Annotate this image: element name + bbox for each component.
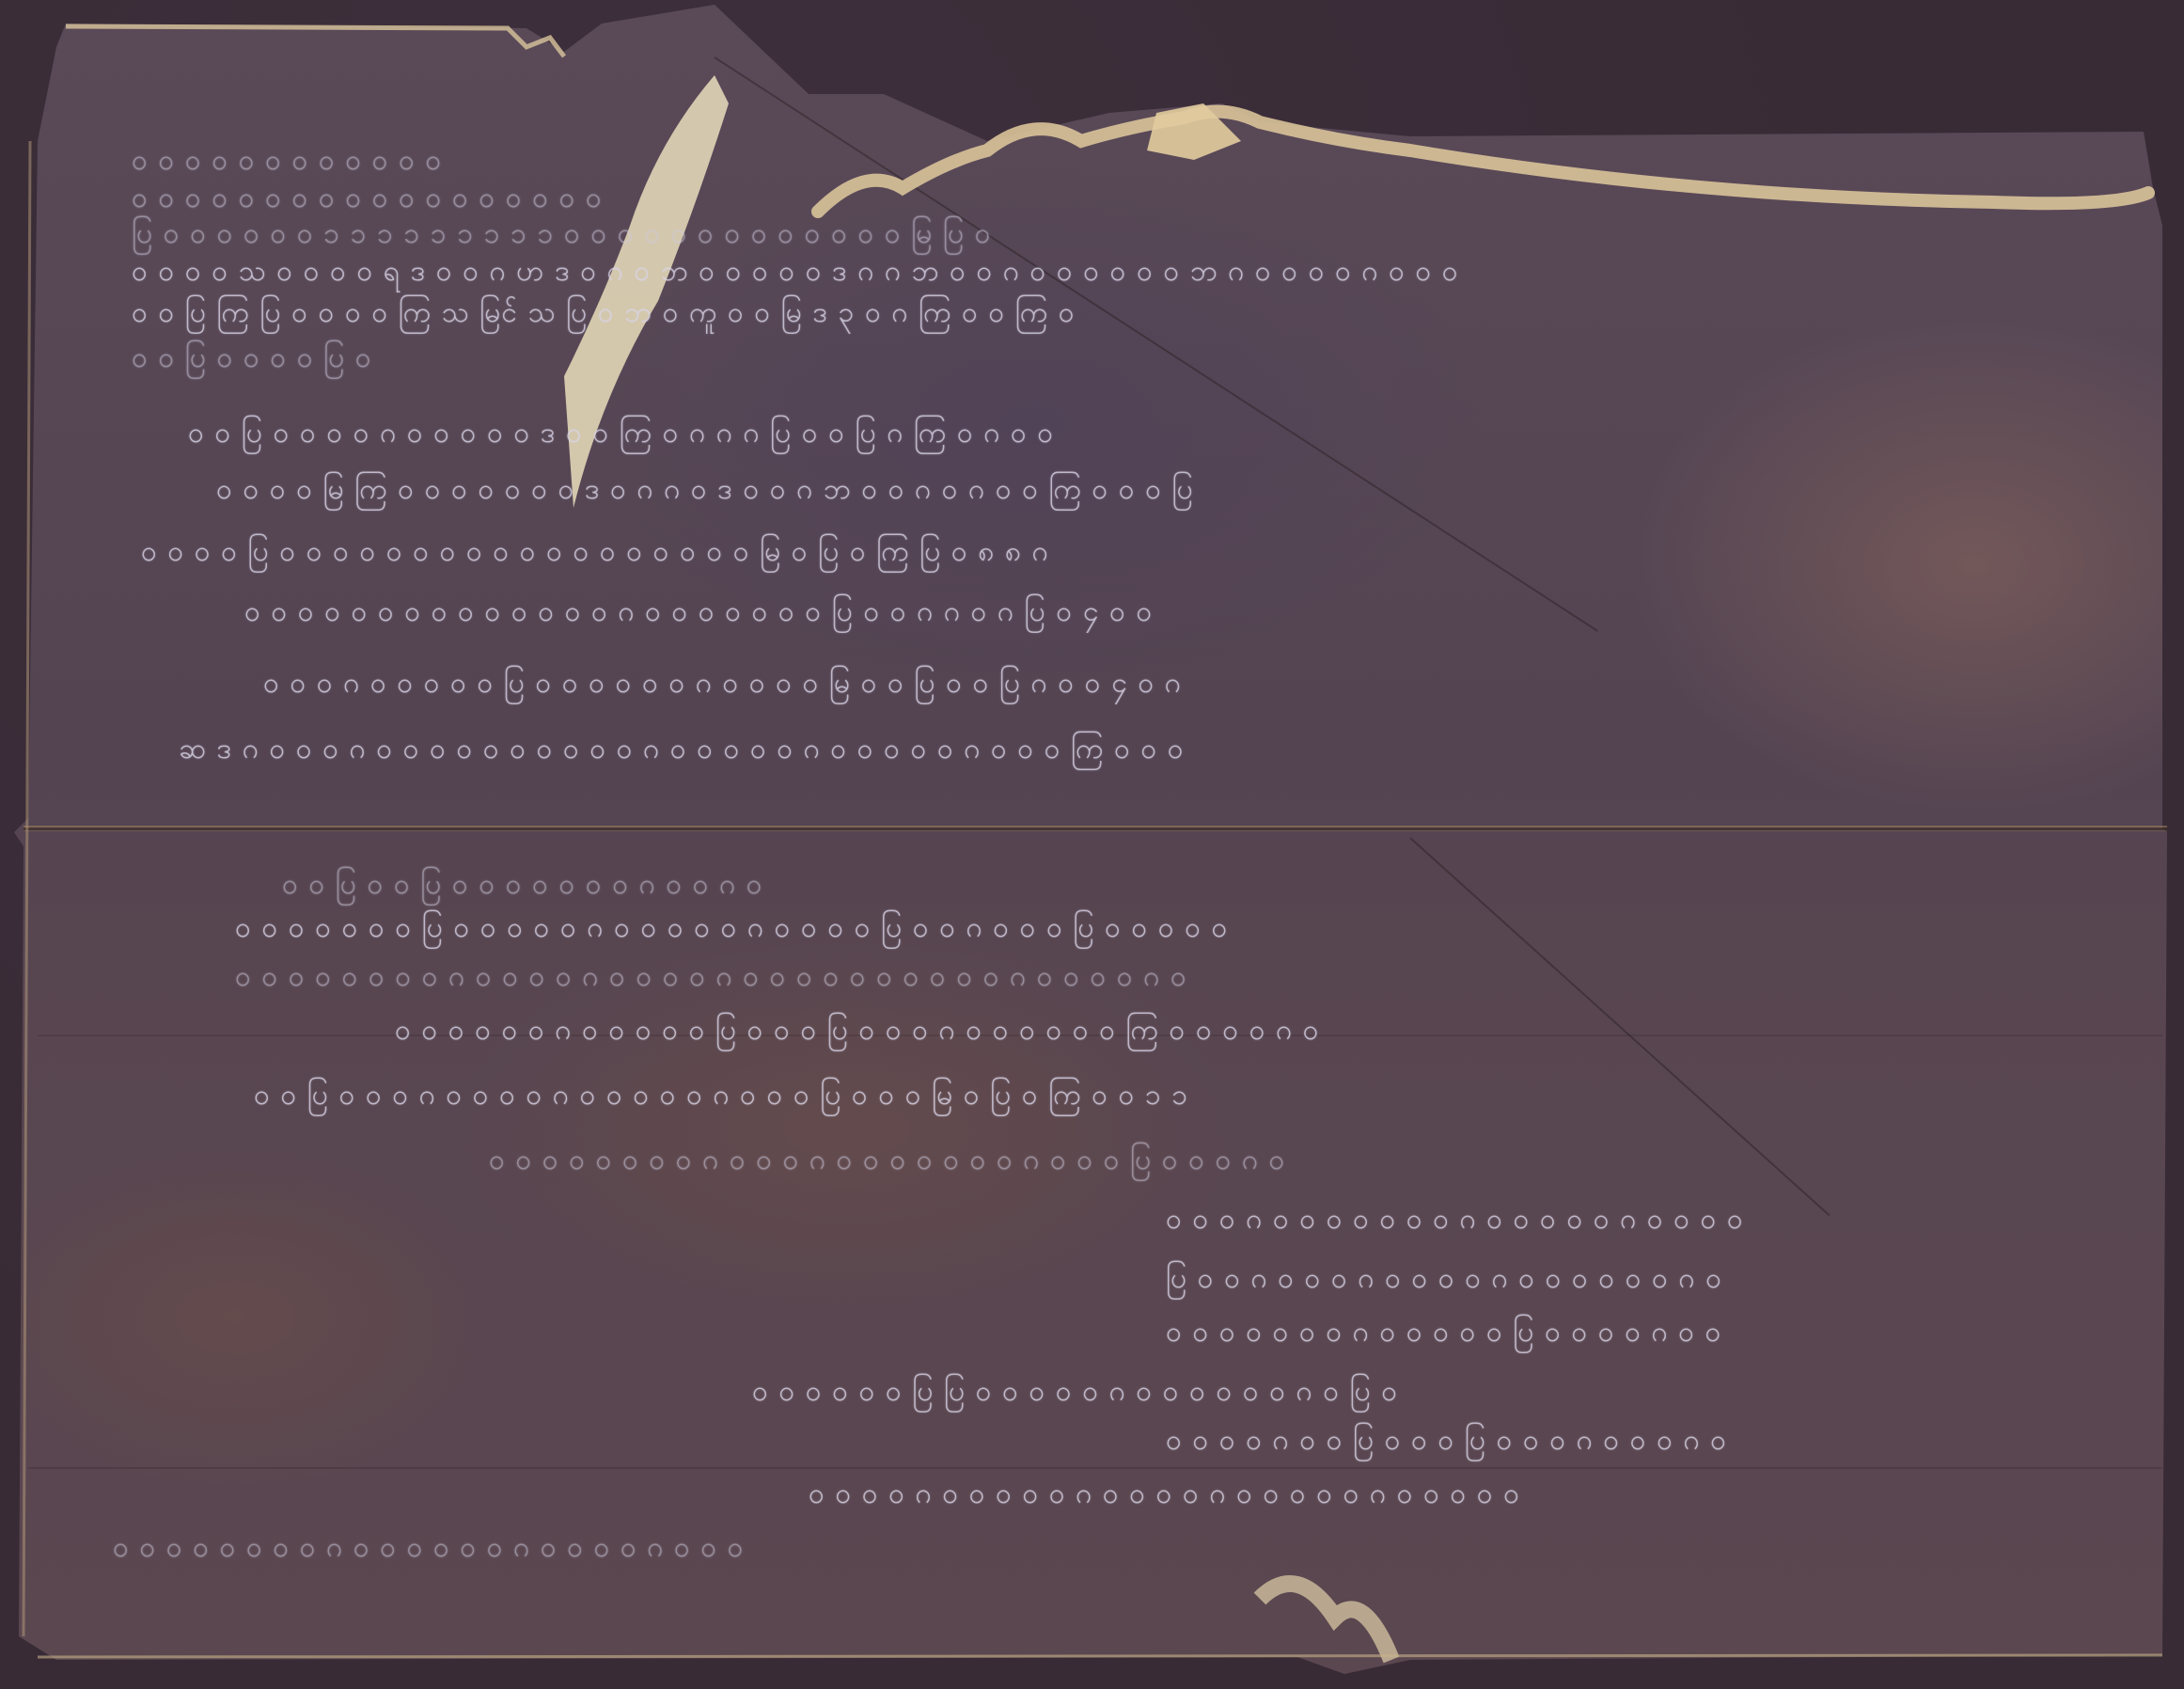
script-line: ဝ ဝ ဝ ဝ ဝ ဝ ဝ ဝ ဂ ဝ ဝ ဝ ဝ ဂ ဝ ဝ ဝ ဝ ဂ ဝ … <box>235 957 1187 1000</box>
script-line: ပြ ၀ ၀ ၀ ၀ ၀ ၀ ၁ ၁ ၁ ၁ ၁ ၁ ၁ ၁ ၁ ၀ ၀ ၀ ၀… <box>132 214 991 257</box>
left-edge <box>24 141 30 1636</box>
script-line: ဆ ဒ ဂ ဝ ဝ ဝ ဂ ဝ ဝ ဝ ဝ ဝ ဝ ဝ ဝ ဝ ဝ ဂ ဝ ဝ … <box>179 730 1185 772</box>
script-line: ဝ ဝ ဝ ဝ ဝ ဝ ပြ ပြ ဝ ဝ ဝ ဝ ဝ ဂ ဝ ဝ ဝ ဝ ဝ … <box>752 1372 1398 1414</box>
script-line: ဝ ဝ ဝ ဝ မြ ကြ ၀ ဝ ဝ ဝ ဝ ဝ ဝ ဒ ဝ ဂ ဂ ဝ ဒ … <box>216 470 1194 513</box>
script-line: ဝ ဝ ဝ ဂ ဝ ဝ ဝ ဝ ဝ ဝ ဝ ဂ ဝ ဝ ဝ ဝ ဝ ဂ ဝ ဝ … <box>1166 1200 1744 1242</box>
script-line: ဝ ၀ ပြ ၀ ၀ ဝ ဝ ဂ ၀ ၀ ၀ ဝ ဝ ဒ ၀ ဝ ကြ ဝ ဂ … <box>188 414 1054 456</box>
script-line: ဝ ဝ ဝ ဝ ဝ ဝ ဝ ဂ ဝ ဝ ဝ ဝ ဝ ပြ ဝ ဝ ဝ ဝ ဂ ဝ… <box>1166 1313 1721 1355</box>
script-line: ဝ ဝ ဝ ဝ ဝ ဝ ဂ ဝ ဝ ဝ ဝ ဝ ပြ ဝ ဝ ဝ ပြ ဝ ဝ … <box>395 1011 1319 1053</box>
script-line: ဝ ဝ ဝ ဝ ဂ ဝ ဝ ပြ ဝ ဝ ဝ ပြ ဝ ဝ ဝ ဂ ဝ ဝ ဝ … <box>1166 1421 1727 1463</box>
script-line: ဝ ဝ ဝ ဂ ဝ ဝ ဝ ဝ ဝ ပြ ဝ ဝ ဝ ဝ ဝ ဝ ဂ ဝ ဝ ဝ… <box>263 664 1182 706</box>
script-line: ဝ ဝ ဝ ဝ ပြ ဝ ဝ ဝ ဝ ဝ ဝ ဝ ဝ ဝ ဝ ဝ ဝ ဝ ဝ ဝ… <box>141 532 1049 575</box>
script-line: ဝ ၀ ၀ ၀ ၀ ၀ ဝ ၀ ၀ ၀ ဝ ၀ <box>132 141 442 183</box>
top-torn-edge <box>818 112 2148 212</box>
script-line: ဝ ဝ ဝ ဝ ဂ ဝ ဝ ဝ ဝ ဝ ဂ ဝ ဝ ဝ ဝ ဂ ဝ ဝ ဝ ဝ … <box>809 1475 1520 1517</box>
script-line: ဝ ဝ ဝ ဝ ဝ ဝ ဝ ဝ ဂ ဝ ဝ ဝ ဝ ဝ ဝ ဂ ဝ ဝ ဝ ဝ … <box>113 1528 745 1571</box>
bottom-torn-edge <box>1260 1584 1391 1660</box>
script-line: ဝ ၀ ပြ ကြ ပြ ၀ ၀ ၀ ဝ ကြ သ မြင် သ ပြ ဝ ဘ … <box>132 293 1076 336</box>
script-line: ပြ ဝ ဝ ဂ ဝ ဝ ဝ ဂ ဝ ဝ ဝ ဝ ဂ ဝ ဝ ဝ ဝ ဝ ဝ ဂ… <box>1166 1259 1722 1302</box>
script-line: ဝ ဝ ဝ ဝ ဝ ဝ ဝ ဝ ဝ ဝ ဝ ဝ ဝ ဝ ဂ ဝ ဝ ဝ ဝ ဝ … <box>244 592 1153 635</box>
script-line: ဝ ၀ ပြ ၀ ၀ ၀ ၀ ပြ ဝ <box>132 339 372 381</box>
script-line: ဝ ဝ ပြ ဝ ဝ ပြ ဝ ဝ ဝ ဝ ဝ ဝ ဝ ဂ ဝ ဝ ဂ ဝ <box>282 865 763 908</box>
bottom-edge <box>38 1655 2162 1657</box>
script-line: ဝ ဝ ပြ ဝ ဝ ဝ ဂ ဝ ဝ ဝ ဝ ဂ ဝ ဝ ဝ ဝ ဝ ဂ ဝ ဝ… <box>254 1076 1188 1118</box>
script-line: ဝ ၀ ၀ ၀ သ ၀ ၀ ၀ ၀ ရ ဒ ဝ ဝ ဂ ဟ ဒ ဝ ဂ ဝ ဘ … <box>132 252 1459 294</box>
script-line: ဝ ဝ ဝ ဝ ဝ ဝ ဝ ဝ ဂ ဝ ဝ ဝ ဂ ဝ ဝ ဝ ဝ ဝ ဝ ဝ … <box>489 1141 1285 1183</box>
top-left-tear <box>66 26 564 56</box>
script-line: ဝ ဝ ဝ ဝ ဝ ဝ ဝ ပြ ဝ ဝ ဝ ဝ ဝ ဂ ဝ ဝ ဝ ဝ ဝ ဂ… <box>235 908 1228 951</box>
